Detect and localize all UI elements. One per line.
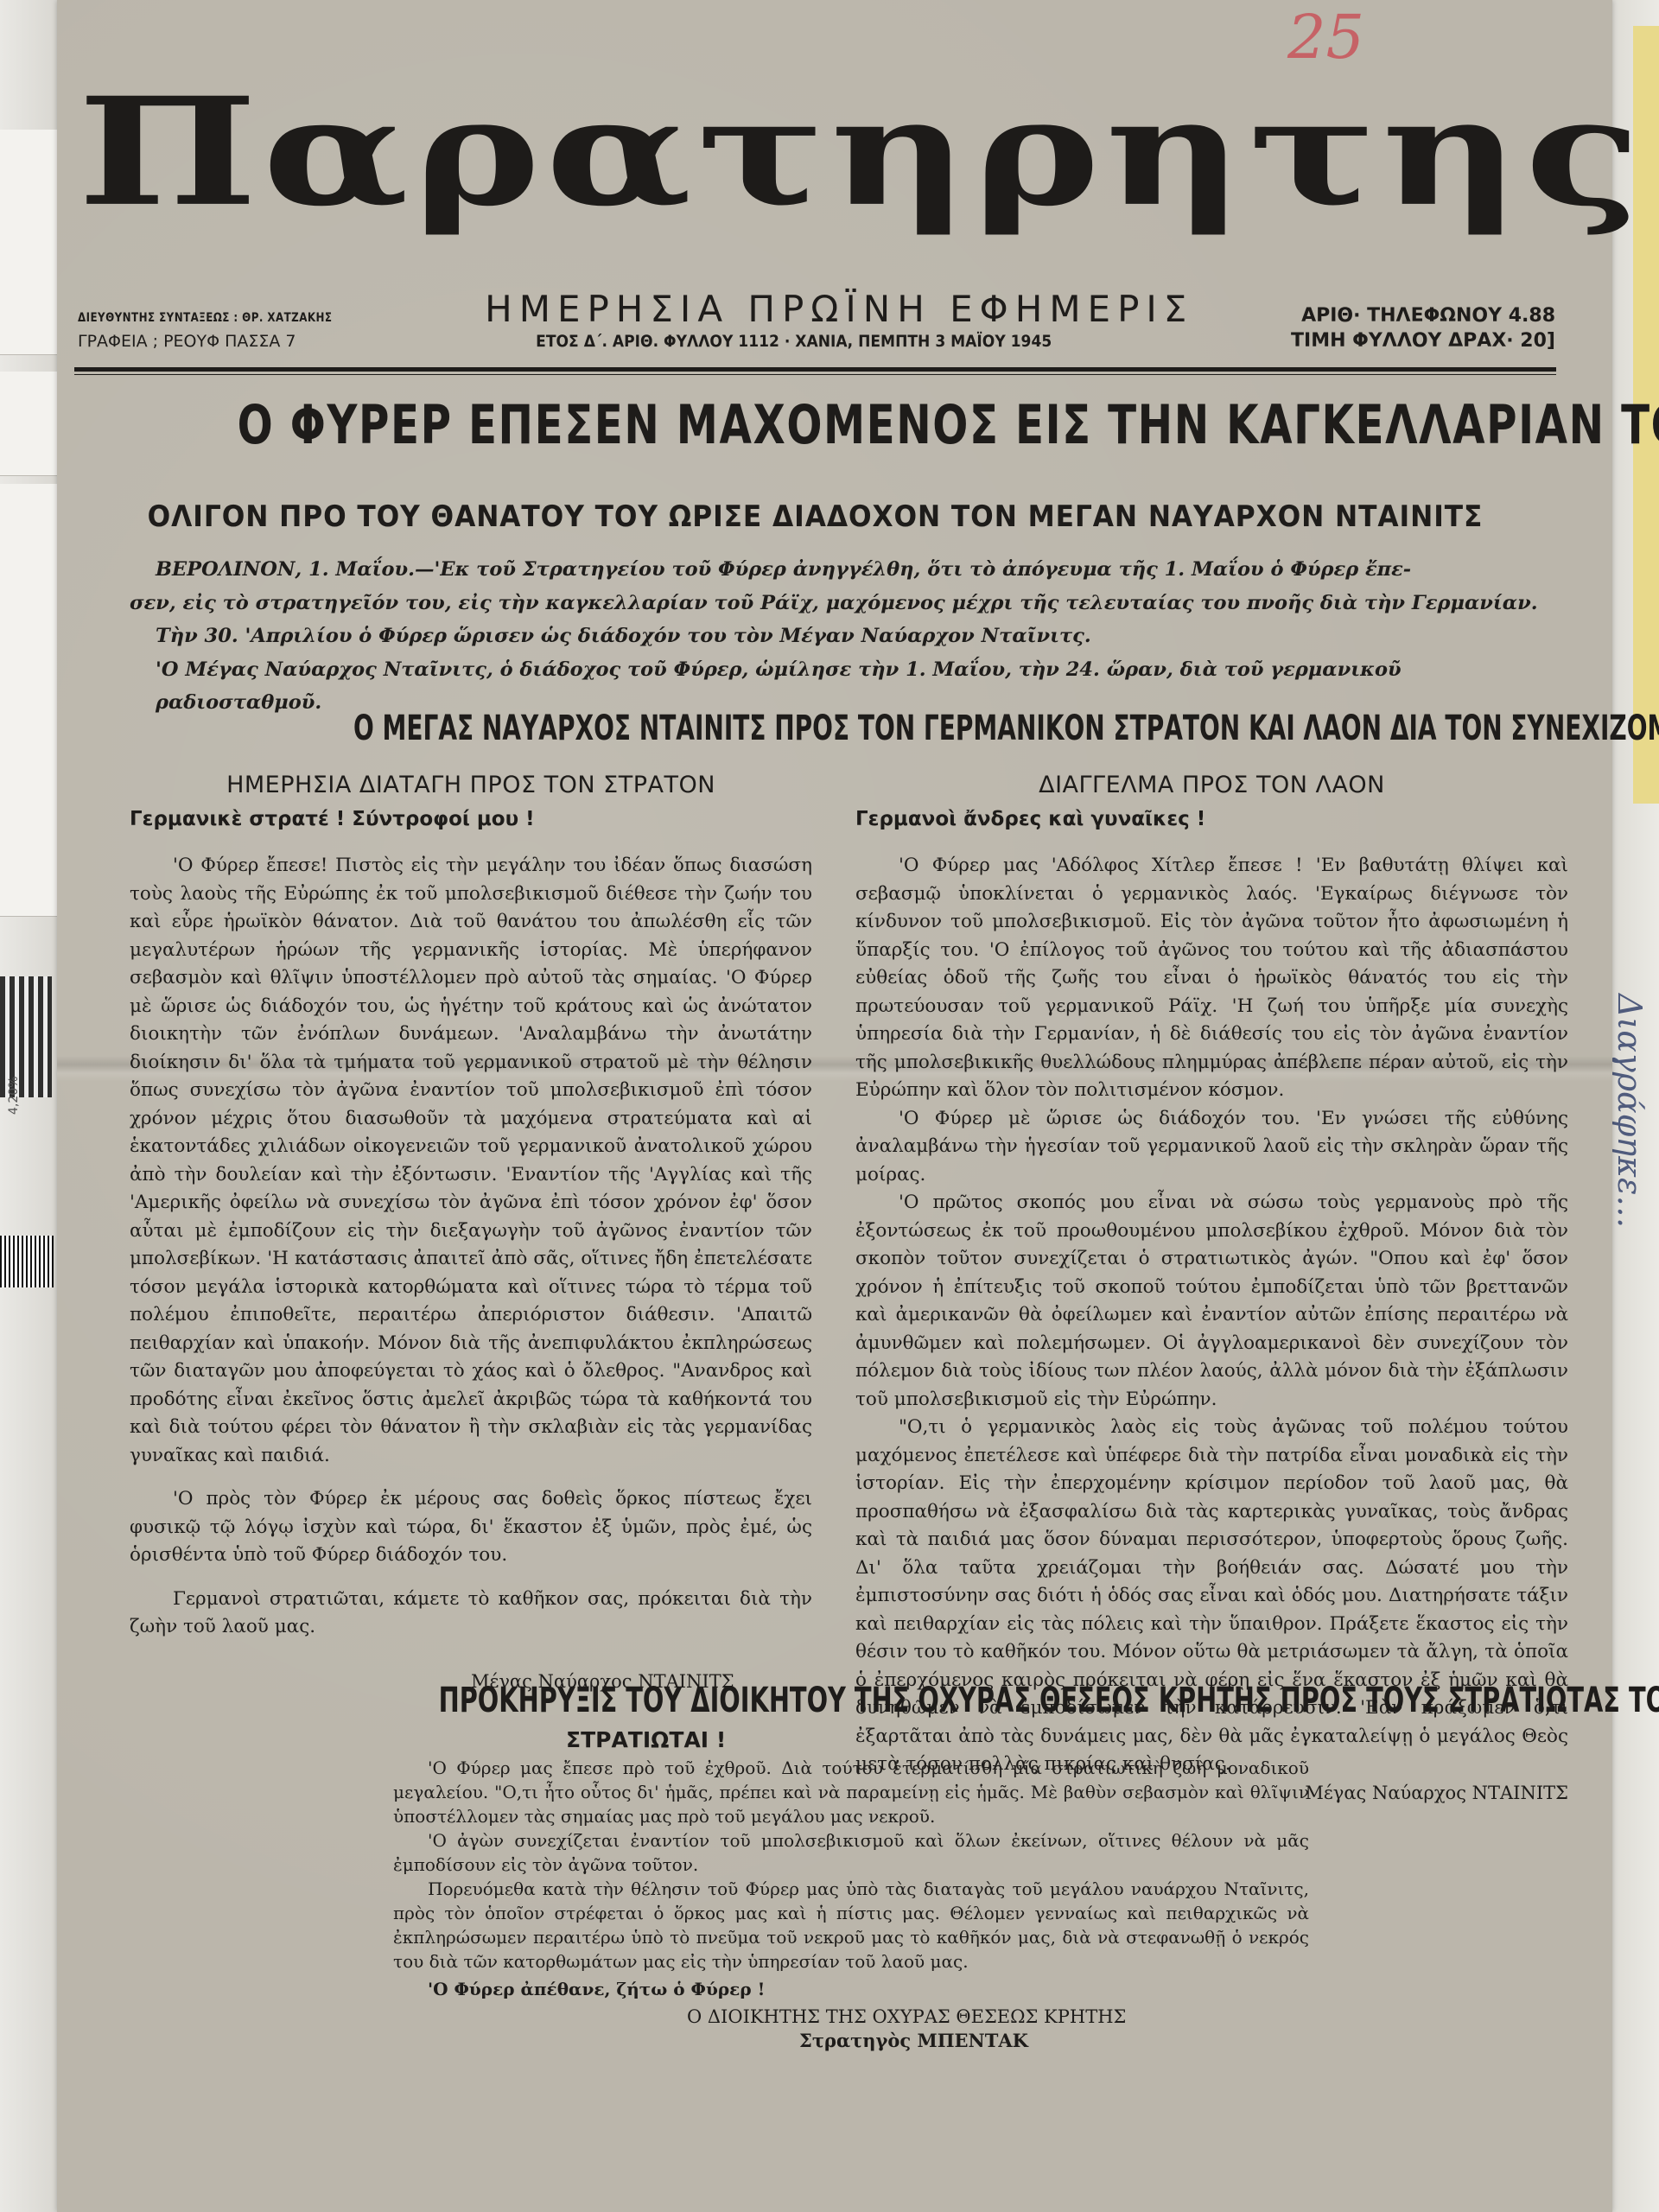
phone-number: ΑΡΙΘ· ΤΗΛΕΦΩΝΟΥ 4.88	[1301, 305, 1555, 327]
paper-stack-edge	[0, 484, 60, 917]
paragraph: 'Ο Φύρερ μας 'Αδόλφος Χίτλερ ἔπεσε ! 'Εν…	[855, 852, 1568, 1105]
paragraph: 'Ο πρῶτος σκοπός μου εἶναι νὰ σώσω τοὺς …	[855, 1189, 1568, 1414]
lead-headline: Ο ΦΥΡΕΡ ΕΠΕΣΕΝ ΜΑΧΟΜΕΝΟΣ ΕΙΣ ΤΗΝ ΚΑΓΚΕΛΛ…	[238, 393, 1394, 456]
newspaper-subtitle: ΗΜΕΡΗΣΙΑ ΠΡΩΪΝΗ ΕΦΗΜΕΡΙΣ	[485, 288, 1193, 330]
column-greeting: Γερμανοὶ ἄνδρες καὶ γυναῖκες !	[855, 805, 1568, 834]
column-order-of-day: ΗΜΕΡΗΣΙΑ ΔΙΑΤΑΓΗ ΠΡΟΣ ΤΟΝ ΣΤΡΑΤΟΝ Γερμαν…	[130, 772, 812, 1695]
masthead-row-1: ΔΙΕΥΘΥΝΤΗΣ ΣΥΝΤΑΞΕΩΣ : ΘΡ. ΧΑΤΖΑΚΗΣ ΗΜΕΡ…	[78, 288, 1555, 330]
signer-name: Στρατηγὸς ΜΠΕΝΤΑΚ	[393, 2029, 1309, 2053]
desk-background-right: Διαγράφηκε…	[1607, 0, 1659, 2212]
paragraph: 'Ο Φύρερ μας ἔπεσε πρὸ τοῦ ἐχθροῦ. Διὰ τ…	[393, 1756, 1309, 1828]
proclamation-closing: 'Ο Φύρερ ἀπέθανε, ζήτω ὁ Φύρερ !	[393, 1977, 1309, 2001]
second-headline: Ο ΜΕΓΑΣ ΝΑΥΑΡΧΟΣ ΝΤΑΙΝΙΤΣ ΠΡΟΣ ΤΟΝ ΓΕΡΜΑ…	[353, 709, 1357, 748]
masthead-rule-thick	[74, 367, 1556, 372]
dispatch-line: Τὴν 30. 'Απριλίου ὁ Φύρερ ὥρισεν ὡς διάδ…	[156, 620, 1555, 653]
paragraph: Πορευόμεθα κατὰ τὴν θέλησιν τοῦ Φύρερ μα…	[393, 1877, 1309, 1974]
dispatch-line: σεν, εἰς τὸ στρατηγεῖόν του, εἰς τὴν καγ…	[130, 587, 1555, 620]
office-address: ΓΡΑΦΕΙΑ ; ΡΕΟΥΦ ΠΑΣΣΑ 7	[78, 332, 296, 351]
paragraph: 'Ο Φύρερ μὲ ὥρισε ὡς διάδοχόν του. 'Εν γ…	[855, 1105, 1568, 1190]
handwritten-note-right: Διαγράφηκε…	[1614, 994, 1649, 1599]
paragraph: 'Ο ἀγὼν συνεχίζεται ἐναντίον τοῦ μπολσεβ…	[393, 1828, 1309, 1877]
newspaper-title: Παρατηρητης	[78, 78, 1547, 226]
margin-note-left: 4,20%	[7, 1077, 21, 1115]
issue-info: ΕΤΟΣ Δ΄. ΑΡΙΘ. ΦΥΛΛΟΥ 1112 · ΧΑΝΙΑ, ΠΕΜΠ…	[536, 332, 1052, 351]
column-title: ΗΜΕΡΗΣΙΑ ΔΙΑΤΑΓΗ ΠΡΟΣ ΤΟΝ ΣΤΡΑΤΟΝ	[130, 772, 812, 800]
proclamation-headline: ΠΡΟΚΗΡΥΞΙΣ ΤΟΥ ΔΙΟΙΚΗΤΟΥ ΤΗΣ ΟΧΥΡΑΣ ΘΕΣΕ…	[439, 1681, 1273, 1720]
issue-price: ΤΙΜΗ ΦΥΛΛΟΥ ΔΡΑΧ· 20]	[1291, 330, 1555, 352]
paragraph: 'Ο πρὸς τὸν Φύρερ ἐκ μέρους σας δοθεὶς ὅ…	[130, 1485, 812, 1570]
paragraph: 'Ο Φύρερ ἔπεσε! Πιστὸς εἰς τὴν μεγάλην τ…	[130, 852, 812, 1470]
signer-title: Ο ΔΙΟΙΚΗΤΗΣ ΤΗΣ ΟΧΥΡΑΣ ΘΕΣΕΩΣ ΚΡΗΤΗΣ	[393, 2005, 1309, 2029]
lead-subhead: ΟΛΙΓΟΝ ΠΡΟ ΤΟΥ ΘΑΝΑΤΟΥ ΤΟΥ ΩΡΙΣΕ ΔΙΑΔΟΧΟ…	[134, 499, 1497, 534]
lead-dispatch: ΒΕΡΟΛΙΝΟΝ, 1. Μαΐου.—'Εκ τοῦ Στρατηγείου…	[156, 553, 1555, 720]
barcode-icon	[0, 1236, 54, 1287]
column-address-to-people: ΔΙΑΓΓΕΛΜΑ ΠΡΟΣ ΤΟΝ ΛΑΟΝ Γερμανοὶ ἄνδρες …	[855, 772, 1568, 1807]
paper-stack-edge	[0, 130, 60, 355]
proclamation-body: ΣΤΡΑΤΙΩΤΑΙ ! 'Ο Φύρερ μας ἔπεσε πρὸ τοῦ …	[393, 1728, 1309, 2053]
dispatch-line: ΒΕΡΟΛΙΝΟΝ, 1. Μαΐου.—'Εκ τοῦ Στρατηγείου…	[156, 553, 1555, 587]
paragraph: Γερμανοὶ στρατιῶται, κάμετε τὸ καθῆκον σ…	[130, 1586, 812, 1642]
masthead-rule-thin	[74, 374, 1556, 375]
masthead-row-2: ΓΡΑΦΕΙΑ ; ΡΕΟΥΦ ΠΑΣΣΑ 7 ΕΤΟΣ Δ΄. ΑΡΙΘ. Φ…	[78, 330, 1555, 352]
pencil-annotation: 25	[1287, 2, 1364, 73]
editor-credit: ΔΙΕΥΘΥΝΤΗΣ ΣΥΝΤΑΞΕΩΣ : ΘΡ. ΧΑΤΖΑΚΗΣ	[78, 311, 332, 325]
desk-background-left: 4,20%	[0, 0, 60, 2212]
proclamation-salute: ΣΤΡΑΤΙΩΤΑΙ !	[393, 1728, 1309, 1752]
column-title: ΔΙΑΓΓΕΛΜΑ ΠΡΟΣ ΤΟΝ ΛΑΟΝ	[855, 772, 1568, 800]
paper-stack-edge	[0, 372, 60, 476]
column-greeting: Γερμανικὲ στρατέ ! Σύντροφοί μου !	[130, 805, 812, 834]
paragraph: "Ο,τι ὁ γερμανικὸς λαὸς εἰς τοὺς ἀγῶνας …	[855, 1414, 1568, 1779]
